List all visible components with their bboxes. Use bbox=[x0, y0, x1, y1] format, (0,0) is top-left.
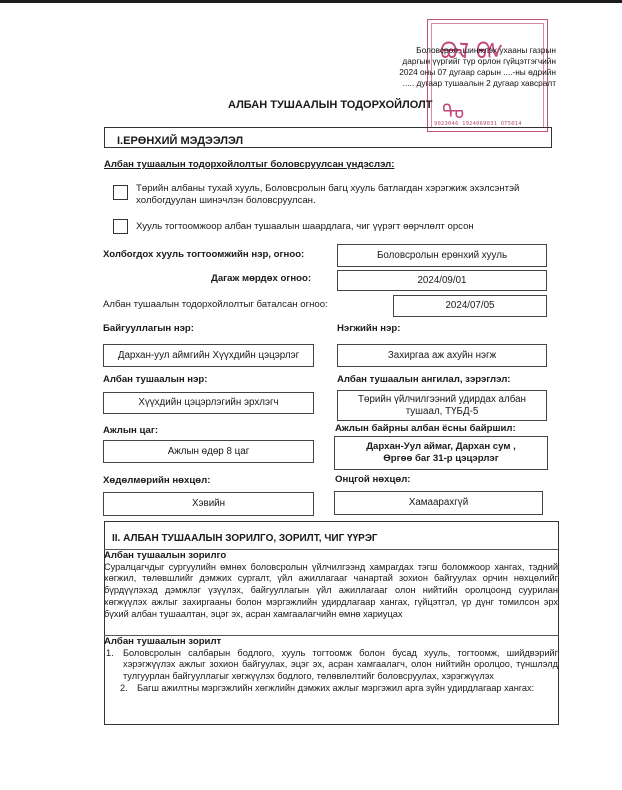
objective-item: 1. Боловсролын салбарын бодлого, хууль т… bbox=[104, 648, 558, 683]
approved-date-label: Албан тушаалын тодорхойлолтыг баталсан о… bbox=[103, 299, 328, 310]
work-hours-label: Ажлын цаг: bbox=[103, 425, 158, 436]
objective-number: 2. bbox=[118, 683, 137, 695]
objective-number: 1. bbox=[104, 648, 123, 683]
work-hours-field: Ажлын өдөр 8 цаг bbox=[103, 440, 314, 463]
position-class-label: Албан тушаалын ангилал, зэрэглэл: bbox=[337, 374, 510, 385]
org-name-label: Байгууллагын нэр: bbox=[103, 323, 194, 334]
stamp-mongol-script-lower: ᠲᠣ bbox=[442, 90, 464, 125]
basis-option-1-line1: Төрийн албаны тухай хууль, Боловсролын б… bbox=[136, 183, 556, 195]
annex-line: 2024 оны 07 дугаар сарын ....-ны өдрийн bbox=[399, 67, 556, 78]
objectives-block: Албан тушаалын зорилт 1. Боловсролын сал… bbox=[104, 636, 558, 695]
basis-option-1: Төрийн албаны тухай хууль, Боловсролын б… bbox=[136, 183, 556, 207]
position-name-field: Хүүхдийн цэцэрлэгийн эрхлэгч bbox=[103, 392, 314, 414]
work-location-label: Ажлын байрны албан ёсны байршил: bbox=[335, 423, 516, 434]
section-1-title: I.ЕРӨНХИЙ МЭДЭЭЛЭЛ bbox=[117, 135, 243, 147]
purpose-heading: Албан тушаалын зорилго bbox=[104, 550, 558, 562]
position-class-field: Төрийн үйлчилгээний удирдах албан тушаал… bbox=[337, 390, 547, 421]
effective-date-label: Дагаж мөрдөх огноо: bbox=[211, 273, 311, 284]
section-1-header: I.ЕРӨНХИЙ МЭДЭЭЛЭЛ bbox=[104, 127, 552, 148]
approved-date-field: 2024/07/05 bbox=[393, 295, 547, 317]
unit-name-label: Нэгжийн нэр: bbox=[337, 323, 400, 334]
org-name-field: Дархан-уул аймгийн Хүүхдийн цэцэрлэг bbox=[103, 344, 314, 367]
basis-option-2: Хууль тогтоомжоор албан тушаалын шаардла… bbox=[136, 221, 556, 233]
basis-heading: Албан тушаалын тодорхойлолтыг боловсруул… bbox=[104, 159, 394, 170]
special-conditions-label: Онцгой нөхцөл: bbox=[335, 474, 411, 485]
document-page: ᠪᠣᠯ ᠪᠰ ᠲᠣ 9023046 1924069031 OT5014 Боло… bbox=[0, 0, 622, 790]
section-2-title: II. АЛБАН ТУШААЛЫН ЗОРИЛГО, ЗОРИЛТ, ЧИГ … bbox=[112, 533, 378, 544]
objective-text: Боловсролын салбарын бодлого, хууль тогт… bbox=[123, 648, 558, 683]
special-conditions-field: Хамаарахгүй bbox=[334, 491, 543, 515]
objective-item: 2. Багш ажилтны мэргэжлийн хөгжлийн дэмж… bbox=[104, 683, 558, 695]
work-location-line2: Өргөө баг 31-р цэцэрлэг bbox=[383, 453, 498, 465]
work-conditions-label: Хөдөлмөрийн нөхцөл: bbox=[103, 475, 210, 486]
annex-line: Боловсрол, шинжлэх ухааны газрын bbox=[399, 45, 556, 56]
law-name-field: Боловсролын ерөнхий хууль bbox=[337, 244, 547, 267]
objectives-heading: Албан тушаалын зорилт bbox=[104, 636, 558, 648]
work-location-line1: Дархан-Уул аймаг, Дархан сум , bbox=[366, 441, 516, 453]
effective-date-field: 2024/09/01 bbox=[337, 270, 547, 291]
annex-line: ..... дугаар тушаалын 2 дугаар хавсралт bbox=[399, 78, 556, 89]
position-class-line1: Төрийн үйлчилгээний удирдах албан bbox=[358, 394, 526, 406]
position-name-label: Албан тушаалын нэр: bbox=[103, 374, 207, 385]
basis-checkbox-2[interactable] bbox=[113, 219, 128, 234]
purpose-text: Суралцагчдыг сургуулийн өмнөх боловсролы… bbox=[104, 562, 558, 621]
annex-line: даргын үүргийг түр орлон гүйцэтгэгчийн bbox=[399, 56, 556, 67]
annex-note: Боловсрол, шинжлэх ухааны газрын даргын … bbox=[399, 45, 556, 89]
work-conditions-field: Хэвийн bbox=[103, 492, 314, 516]
position-class-line2: тушаал, ТҮБД-5 bbox=[406, 406, 479, 418]
basis-option-1-line2: холбогдуулан шинэчлэн боловсруулсан. bbox=[136, 195, 556, 207]
objective-text: Багш ажилтны мэргэжлийн хөгжлийн дэмжих … bbox=[137, 683, 558, 695]
law-name-label: Холбогдох хууль тогтоомжийн нэр, огноо: bbox=[103, 249, 304, 260]
document-title: АЛБАН ТУШААЛЫН ТОДОРХОЙЛОЛТ bbox=[228, 99, 432, 111]
section-2-header: II. АЛБАН ТУШААЛЫН ЗОРИЛГО, ЗОРИЛТ, ЧИГ … bbox=[112, 528, 378, 546]
basis-checkbox-1[interactable] bbox=[113, 185, 128, 200]
work-location-field: Дархан-Уул аймаг, Дархан сум , Өргөө баг… bbox=[334, 436, 548, 470]
unit-name-field: Захиргаа аж ахуйн нэгж bbox=[337, 344, 547, 367]
purpose-block: Албан тушаалын зорилго Суралцагчдыг сург… bbox=[104, 550, 558, 620]
